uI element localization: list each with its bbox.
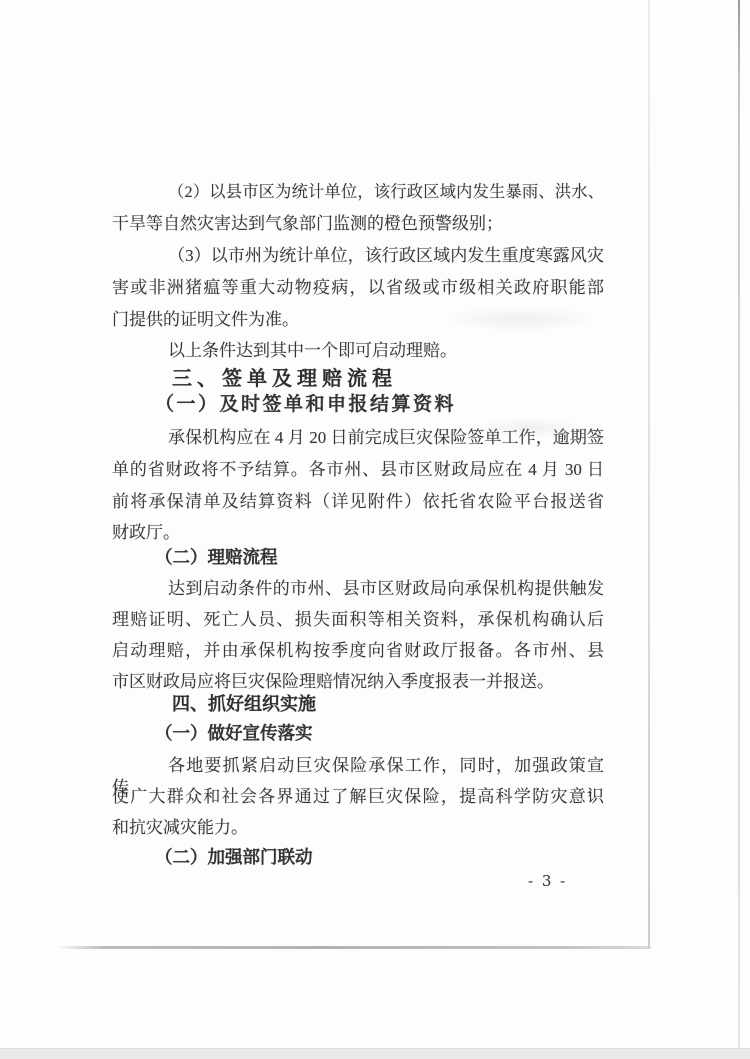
body-text-line: （3）以市州为统计单位，该行政区域内发生重度寒露风灾 [112, 245, 604, 267]
body-text-line: 单的省财政将不予结算。各市州、县市区财政局应在 4 月 30 日 [112, 459, 604, 481]
body-text-line: 达到启动条件的市州、县市区财政局向承保机构提供触发 [112, 578, 604, 600]
body-text-line: 市区财政局应将巨灾保险理赔情况纳入季度报表一并报送。 [112, 671, 604, 693]
body-text-line: 使广大群众和社会各界通过了解巨灾保险，提高科学防灾意识 [112, 786, 604, 808]
section-heading: 四、抓好组织实施 [112, 694, 604, 716]
scan-smudge [440, 306, 600, 332]
scan-smudge [470, 418, 590, 438]
document-page: - 3 - （2）以县市区为统计单位，该行政区域内发生暴雨、洪水、干旱等自然灾害… [0, 0, 650, 948]
body-text-line: 前将承保清单及结算资料（详见附件）依托省农险平台报送省 [112, 491, 604, 513]
subsection-heading: （二）理赔流程 [112, 546, 604, 568]
subsection-heading: （一）做好宣传落实 [112, 722, 604, 744]
scanned-document: - 3 - （2）以县市区为统计单位，该行政区域内发生暴雨、洪水、干旱等自然灾害… [0, 0, 750, 1059]
page-right-edge [648, 0, 650, 948]
subsection-heading: （一）及时签单和申报结算资料 [112, 394, 604, 416]
body-text-line: 财政厅。 [112, 522, 604, 544]
body-text-line: （2）以县市区为统计单位，该行政区域内发生暴雨、洪水、 [112, 181, 604, 203]
body-text-line: 和抗灾减灾能力。 [112, 817, 604, 839]
body-text-line: 理赔证明、死亡人员、损失面积等相关资料，承保机构确认后 [112, 609, 604, 631]
page-number: - 3 - [528, 872, 618, 890]
body-text-line: 害或非洲猪瘟等重大动物疫病，以省级或市级相关政府职能部 [112, 277, 604, 299]
subsection-heading: （二）加强部门联动 [112, 846, 604, 868]
page-bottom-edge [55, 946, 651, 949]
body-text-line: 以上条件达到其中一个即可启动理赔。 [112, 340, 604, 362]
body-text-line: 干旱等自然灾害达到气象部门监测的橙色预警级别； [112, 213, 604, 235]
section-heading: 三、签单及理赔流程 [112, 367, 604, 389]
scan-bottom-strip [0, 1048, 750, 1059]
body-text-line: 启动理赔，并由承保机构按季度向省财政厅报备。各市州、县 [112, 640, 604, 662]
scan-right-edge [738, 0, 740, 1050]
